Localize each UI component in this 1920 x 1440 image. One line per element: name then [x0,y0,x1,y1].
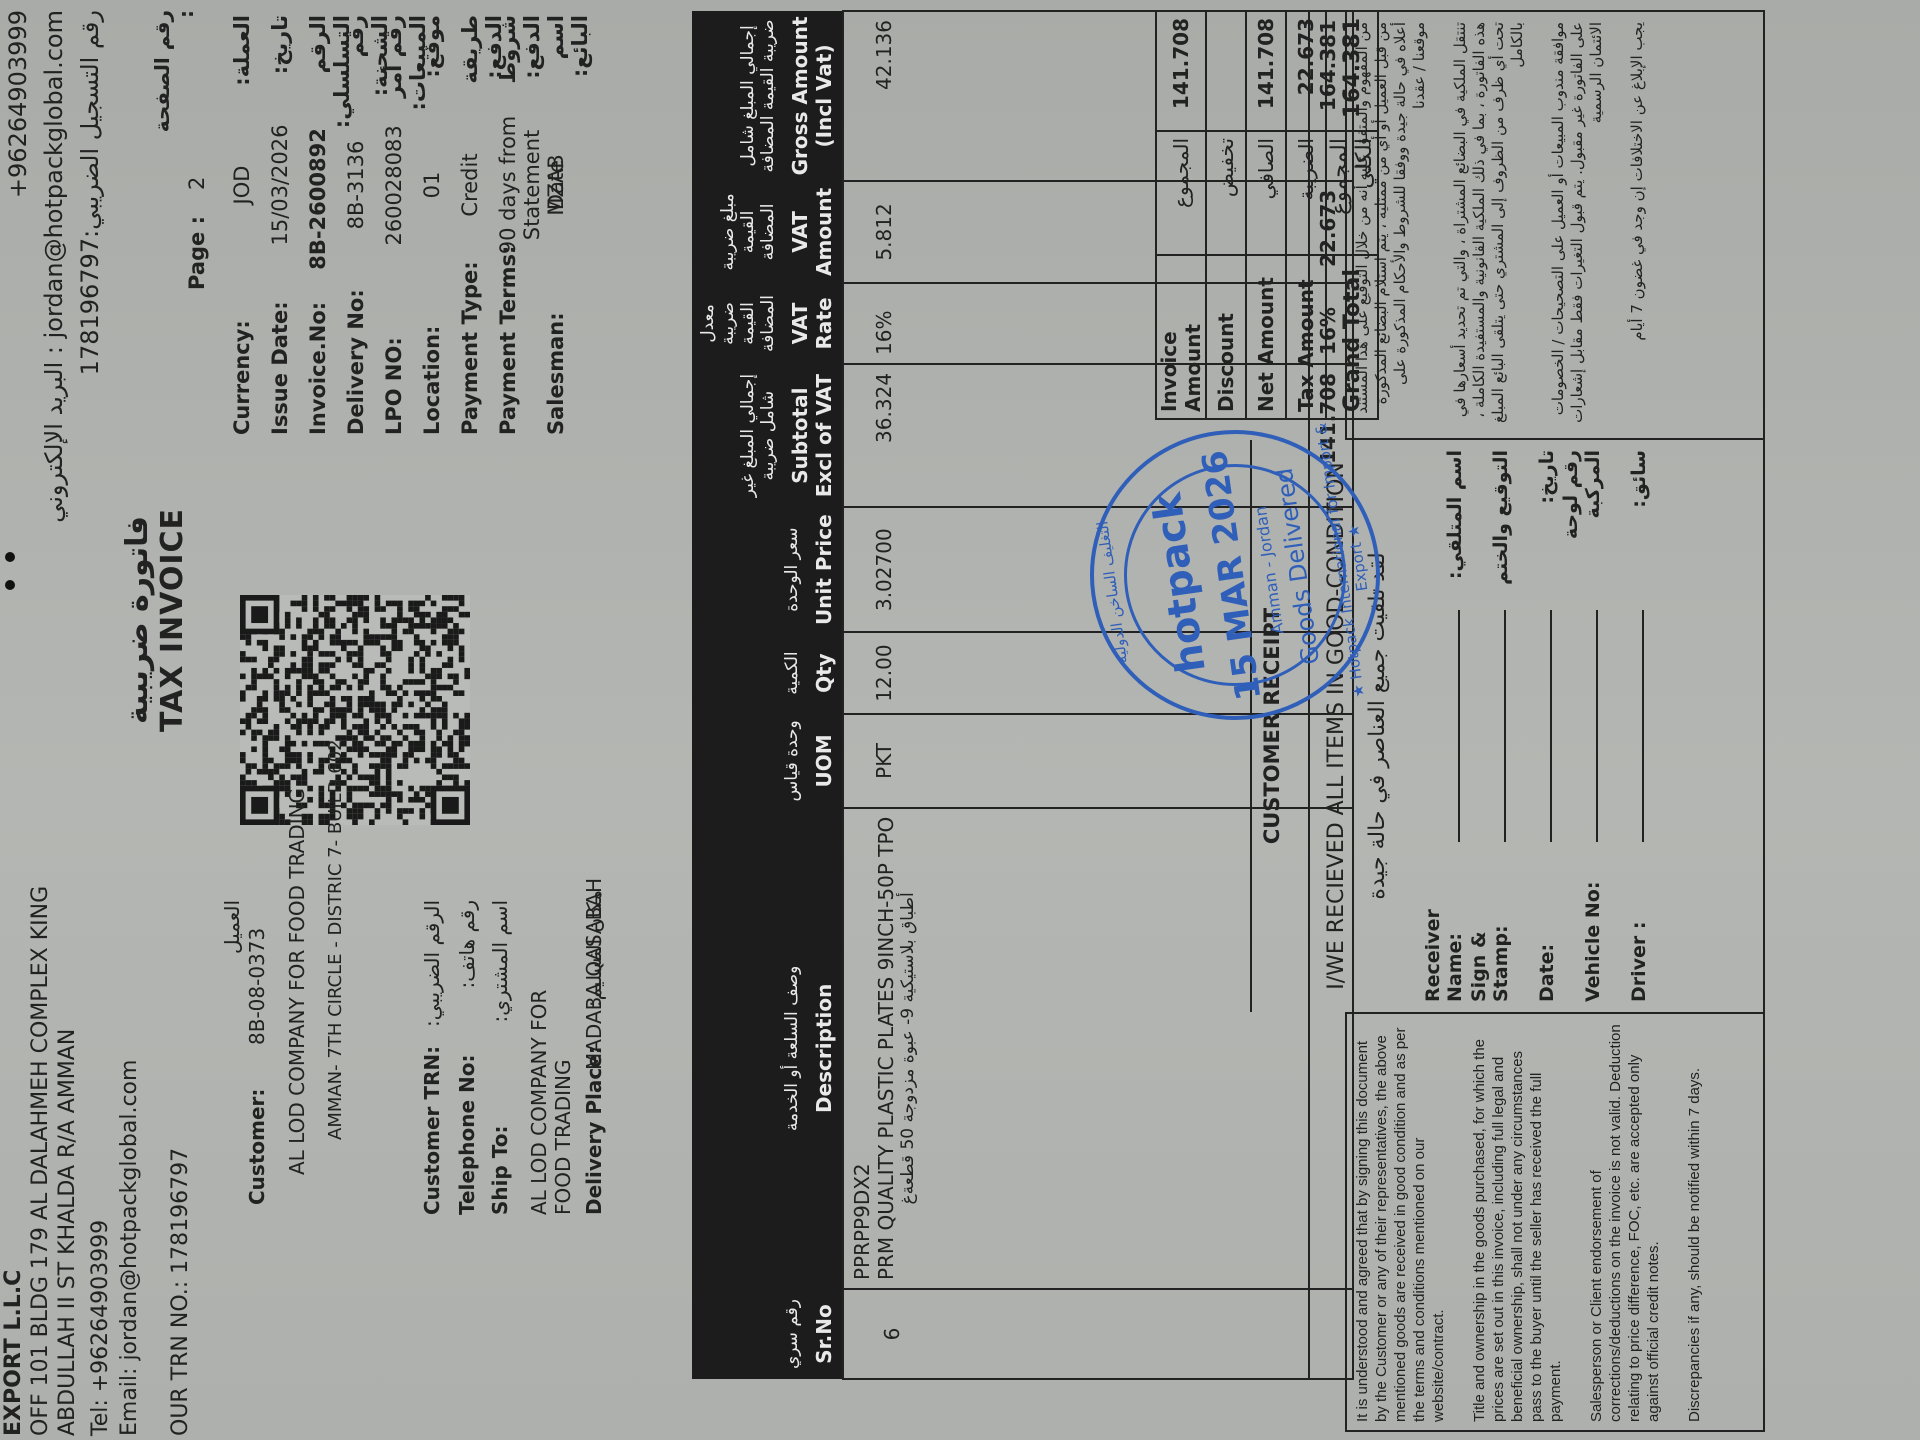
column-header: وحدة قياسUOM [692,714,843,808]
tax-invoice-page: EXPORT L.L.C OFF 101 BLDG 179 AL DALAHME… [0,0,1920,1440]
receipt-field-label: Vehicle No: [1582,852,1604,1002]
telephone-label-ar: رقم هاتف: [455,900,479,1040]
column-header: إجمالي المبلغ شامل ضريبة القيمة المضافةG… [692,11,843,181]
column-header: مبلغ ضريبة القيمة المضافةVAT Amount [692,181,843,283]
receipt-field: Driver :سائق: [1604,450,1650,1002]
column-header: معدل ضريبة القيمة المضافةVAT Rate [692,283,843,364]
column-header-en: Sr.No [812,1304,836,1364]
totals-label: Net Amount [1246,255,1286,419]
terms-paragraph: Title and ownership in the goods purchas… [1470,1022,1565,1422]
info-label-ar: موقع: [420,15,444,110]
column-header-en: Subtotal Excl of VAT [788,374,836,497]
column-header-en: Unit Price [812,514,836,625]
invoice-info: Currency:JODالعملة:Issue Date:15/03/2026… [230,15,582,435]
column-header-en: UOM [812,734,836,787]
page-label: Page : [185,216,209,290]
column-header-ar: مبلغ ضريبة القيمة المضافة [718,185,778,279]
info-row: Payment Terms:90 days from Statement Dat… [496,15,544,435]
sr-number: 6 [880,1298,904,1370]
info-row: LPO NO:260028083رقم أمر المبيعات: [382,15,420,435]
column-header: رقم سريSr.No [692,1289,843,1379]
receipt-field-label: Driver : [1628,852,1650,1002]
column-header-ar: وحدة قياس [782,718,802,804]
receipt-field-label-ar: التوقيع والختم [1490,450,1512,600]
item-description: PRM QUALITY PLASTIC PLATES 9INCH-50P TPO [874,817,898,1280]
page-number: 2 [185,177,209,190]
delivery-place-label-ar: مكان التسليم: [582,890,606,1040]
contact-phone: +96264903999 [0,10,36,770]
contact-trn-ar: رقم التسجيل الضريبي:178196797 [72,10,108,770]
customer-trn-label-ar: الرقم الضريبي: [420,900,444,1040]
info-label-ar: شروط الدفع: [496,15,544,110]
terms-paragraph: It is understood and agreed that by sign… [1353,1022,1448,1422]
receipt-field-label-ar: تاريخ: [1536,450,1558,600]
column-header-ar: سعر الوحدة [782,511,802,628]
info-label-ar: تاريخ: [268,15,292,110]
totals-row: Net Amountالصافي141.708 [1246,11,1286,419]
totals-value [1206,11,1246,131]
info-value: 01 [420,110,444,260]
column-header-en: Description [812,984,836,1113]
terms-paragraph: Discrepancies if any, should be notified… [1685,1022,1704,1422]
receipt-field-label-ar: سائق: [1628,450,1650,600]
title-arabic: فاتورة ضريبية [120,420,155,820]
cell-sr: 6 [843,1289,1309,1379]
ship-to-line-1: AL LOD COMPANY FOR [527,990,551,1215]
terms-paragraph-ar: يجب الإبلاغ عن الاختلافات إن وجد في غضون… [1628,22,1647,428]
totals-label-ar: تخفيض [1206,131,1246,255]
customer-code: 8B-08-0373 [245,928,269,1045]
column-header-en: Gross Amount (Incl Vat) [788,16,836,175]
column-header-en: VAT Amount [788,188,836,276]
terms-arabic: من المفهوم والمتفق عليه أنه من خلال التو… [1345,10,1765,440]
info-label-ar: اسم البائع: [544,15,592,110]
receipt-field-label-ar: اسم المتلقي: [1444,450,1466,600]
info-value: 260028083 [382,111,406,261]
receipt-field-label: Receiver Name: [1422,852,1466,1002]
totals-label: Discount [1206,255,1246,419]
receipt-field: Vehicle No:رقم لوحة المركبة [1558,450,1604,1002]
receipt-field-line[interactable] [1550,610,1552,842]
info-value: 8B-2600892 [306,128,330,270]
receipt-field-label-ar: رقم لوحة المركبة [1560,450,1604,600]
totals-row: Invoice Amountالمجموع141.708 [1156,11,1206,419]
info-row: Payment Type:Creditطريقة الدفع: [458,15,496,435]
customer-address: AMMAN- 7TH CIRCLE - DISTRIC 7- BUILD 602 [325,739,346,1140]
totals-label-ar: الصافي [1246,131,1286,255]
column-header: الكميةQty [692,632,843,714]
receipt-field-line[interactable] [1504,610,1506,842]
receipt-field-label: Sign & Stamp: [1468,852,1512,1002]
info-label: LPO NO: [382,260,406,435]
info-label: Payment Terms: [496,260,520,435]
info-label: Payment Type: [458,260,482,435]
terms-english: It is understood and agreed that by sign… [1345,1012,1765,1432]
totals-value: 141.708 [1156,11,1206,131]
terms-paragraph: Salesperson or Client endorsement of cor… [1587,1022,1663,1422]
totals-label: Tax Amount [1286,255,1326,419]
column-header-en: Qty [812,653,836,693]
receipt-field-label: Date: [1536,852,1558,1002]
receipt-field: Date:تاريخ: [1512,450,1558,1002]
info-row: Salesman:MZABاسم البائع: [544,15,582,435]
qr-code [240,595,470,825]
column-header-ar: إجمالي المبلغ شامل ضريبة القيمة المضافة [738,15,778,177]
ship-to-label-ar: اسم المشتري: [488,900,512,1040]
column-header-en: VAT Rate [788,297,836,349]
cell-uom: PKT [843,714,1309,808]
totals-label: Invoice Amount [1156,255,1206,419]
customer-name: AL LOD COMPANY FOR FOOD TRADING [285,788,309,1175]
info-label: Delivery No: [344,260,368,435]
info-label: Issue Date: [268,260,292,435]
column-header-ar: الكمية [782,636,802,710]
delivery-place-label: Delivery Place: [582,1046,606,1215]
title-english: TAX INVOICE [155,420,190,820]
receipt-field-line[interactable] [1596,610,1598,842]
totals-row: Discountتخفيض [1206,11,1246,419]
info-label: Invoice.No: [306,270,330,435]
terms-paragraph-ar: تنتقل الملكية في البضائع المشتراة ، والت… [1451,22,1527,428]
info-label: Currency: [230,260,254,435]
column-header-ar: معدل ضريبة القيمة المضافة [698,287,778,360]
info-value: 15/03/2026 [268,110,292,260]
telephone-label: Telephone No: [455,1054,479,1215]
totals-row: Tax Amountالضريبة22.673 [1286,11,1326,419]
info-label: Location: [420,260,444,435]
info-value: Credit [458,110,482,260]
customer-label: Customer: [245,1089,269,1205]
item-code: PPRPP9DX2 [850,817,874,1280]
totals-label-ar: المجموع [1156,131,1206,255]
totals-value: 141.708 [1246,11,1286,131]
column-header-ar: إجمالي المبلغ غير شامل ضريبة [738,368,778,503]
info-value: 8B-3136 [344,110,368,260]
item-description-ar: أطباق بلاستيكية 9- عبوة مزدوجة 50 قطعةغ [898,817,918,1280]
column-header: وصف السلعة أو الخدمةDescription [692,808,843,1289]
column-header-ar: وصف السلعة أو الخدمة [782,812,802,1285]
info-value: JOD [230,110,254,260]
cell-description: PPRPP9DX2PRM QUALITY PLASTIC PLATES 9INC… [843,808,1309,1289]
receipt-field: Sign & Stamp:التوقيع والختم [1466,450,1512,1002]
column-header: إجمالي المبلغ غير شامل ضريبةSubtotal Exc… [692,364,843,507]
contact-email-ar: jordan@hotpackglobal.com : البريد الإلكت… [36,10,72,770]
info-row: Currency:JODالعملة: [230,15,268,435]
info-row: Delivery No:8B-3136رقم الشحنة: [344,15,382,435]
terms-paragraph-ar: موافقة مندوب المبيعات أو العميل على التص… [1549,22,1606,428]
terms-paragraph-ar: من المفهوم والمتفق عليه أنه من خلال التو… [1353,22,1429,428]
info-label-ar: العملة: [230,15,254,110]
invoice-title: فاتورة ضريبية TAX INVOICE [120,420,190,820]
totals-label-ar: الضريبة [1286,131,1326,255]
ship-to-line-2: FOOD TRADING [551,1060,575,1216]
customer-trn-label: Customer TRN: [420,1046,444,1215]
info-value: MZAB [544,110,568,260]
receipt-field-line[interactable] [1642,610,1644,842]
page-label-ar: رقم الصفحة : [150,10,198,140]
totals-value: 22.673 [1286,11,1326,131]
info-label: Salesman: [544,260,568,435]
receipt-field: Receiver Name:اسم المتلقي: [1420,450,1466,1002]
customer-label-ar: العميل [220,900,244,960]
ship-to-label: Ship To: [488,1125,512,1215]
items-header-row: رقم سريSr.Noوصف السلعة أو الخدمةDescript… [692,11,843,1379]
column-header: سعر الوحدةUnit Price [692,507,843,632]
column-header-ar: رقم سري [782,1293,802,1375]
info-row: Issue Date:15/03/2026تاريخ: [268,15,306,435]
receipt-field-line[interactable] [1458,610,1460,842]
info-row: Location:01موقع: [420,15,458,435]
info-row: Invoice.No:8B-2600892الرقم التسلسلي: [306,15,344,435]
contact-arabic: +96264903999 jordan@hotpackglobal.com : … [0,10,108,770]
